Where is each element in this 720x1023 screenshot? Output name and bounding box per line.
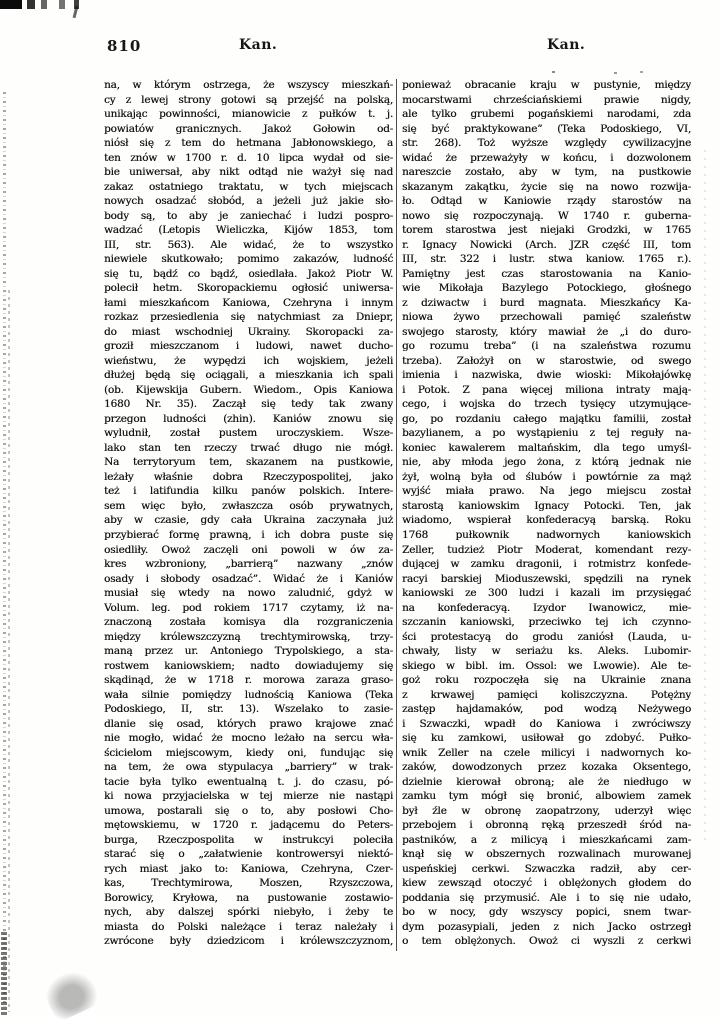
text-line: dującej w zamku dragonii, i rotmistrz ko…: [402, 557, 691, 572]
text-line: racyi barskiej Mioduszewski, spędzili na…: [402, 572, 691, 587]
running-title-right: Kan.: [547, 37, 585, 53]
page-header: 810 Kan. Kan.: [0, 37, 720, 55]
text-line: też i latifundia kilku panów polskich. I…: [104, 484, 393, 499]
text-line: i Potok. Z pana więcej miliona intraty m…: [402, 383, 691, 398]
right-text-column: ponieważ obracanie kraju w pustynie, mię…: [402, 78, 691, 949]
text-line: nareszcie zostało, aby w tym, na pustkow…: [402, 165, 691, 180]
text-line: maną przez ur. Antoniego Trypolskiego, a…: [104, 644, 393, 659]
text-line: kaniowski ze 300 ludzi i kazali im przys…: [402, 586, 691, 601]
text-line: nowych osadzać słobód, a jeżeli już jaki…: [104, 194, 393, 209]
scan-artifact-bottom-left: [39, 961, 105, 1016]
text-line: na tem, że owa stypulacya „barriery” w t…: [104, 760, 393, 775]
text-line: wieństwu, że wypędzi ich wojskiem, jeżel…: [104, 354, 393, 369]
left-text-column: na, w którym ostrzega, że wszyscy mieszk…: [104, 78, 393, 949]
text-line: ło. Odtąd w Kaniowie rządy starostów na: [402, 194, 691, 209]
text-line: między królewszczyzną trechtymirowską, t…: [104, 630, 393, 645]
text-line: zamku tym mógł się bronić, albowiem zame…: [402, 789, 691, 804]
text-line: rostwem kaniowskiem; nadto dowiadujemy s…: [104, 659, 393, 674]
text-line: się tu, bądź co bądź, osiedlała. Jakoż P…: [104, 267, 393, 282]
column-divider-rule: [396, 79, 397, 951]
text-line: koniec kawalerem maltańskim, dla tego um…: [402, 441, 691, 456]
text-line: 1768 pułkownik nadwornych kaniowskich: [402, 528, 691, 543]
text-line: musiał się wtedy na nowo zaludnić, gdyż …: [104, 586, 393, 601]
text-line: swojego starosty, który mawiał że „i do …: [402, 325, 691, 340]
text-line: żył, wolną była od ślubów i powtórnie za…: [402, 470, 691, 485]
text-line: nych, aby dalszej spórki niebyło, i żeby…: [104, 905, 393, 920]
text-line: mętowskiemu, w 1720 r. jadącemu do Peter…: [104, 818, 393, 833]
text-line: z krwawej pamięci koliszczyzna. Potężny: [402, 688, 691, 703]
text-line: umowa, postarali się o to, aby posłowi C…: [104, 804, 393, 819]
text-line: niósł się z tem do hetmana Jabłonowskieg…: [104, 136, 393, 151]
text-line: wyjść miała prawo. Na jego miejscu zosta…: [402, 484, 691, 499]
text-line: trzeba). Założył on w starostwie, od swe…: [402, 354, 691, 369]
text-line: ponieważ obracanie kraju w pustynie, mię…: [402, 78, 691, 93]
text-line: tacie była tylko ewentualną t. j. do cza…: [104, 775, 393, 790]
text-line: chwały, listy w seriażu ks. Aleks. Lubom…: [402, 644, 691, 659]
text-line: na konfederacyą. Izydor Iwanowicz, mie-: [402, 601, 691, 616]
text-line: aby w czasie, gdy cała Ukraina zaczynała…: [104, 513, 393, 528]
text-line: powiatów granicznych. Jakoż Gołowin od-: [104, 122, 393, 137]
text-line: widać że przeważyły w końcu, i dozwolone…: [402, 151, 691, 166]
text-line: przybierać formę prawną, i ich dobra pus…: [104, 528, 393, 543]
text-line: mocarstwami chrześciańskiemi prawie nigd…: [402, 93, 691, 108]
text-line: łami mieszkańcom Kaniowa, Czehryna i inn…: [104, 296, 393, 311]
text-line: się ku zamkowi, usiłował go zdobyć. Pułk…: [402, 731, 691, 746]
text-line: miasta do Polski należące i teraz należa…: [104, 920, 393, 935]
text-line: go, po rozdaniu całego majątku familii, …: [402, 412, 691, 427]
text-line: skiego w bibl. im. Ossol: we Lwowie). Al…: [402, 659, 691, 674]
text-line: skazanym zakątku, życie się na nowo rozw…: [402, 180, 691, 195]
text-line: go rozumu treba” (i na szaleństwa rozumu: [402, 339, 691, 354]
text-line: 1680 Nr. 35). Zaczął się tedy tak zwany: [104, 397, 393, 412]
text-line: bazylianem, a po wystąpieniu z tej reguł…: [402, 426, 691, 441]
text-line: goż roku rozpoczęła się na Ukrainie znan…: [402, 673, 691, 688]
text-line: burga, Rzeczpospolita w instrukcyi polec…: [104, 833, 393, 848]
text-line: kas, Trechtymirowa, Moszen, Rzyszczowa,: [104, 876, 393, 891]
text-line: kiew zewsząd otoczyć i oblężonych głodem…: [402, 876, 691, 891]
text-line: ten znów w 1700 r. d. 10 lipca wydał od …: [104, 151, 393, 166]
text-line: uspeńskiej cerkwi. Szwaczka radził, aby …: [402, 862, 691, 877]
text-line: Podoskiego, II, str. 13). Wszelako to za…: [104, 702, 393, 717]
text-line: Borowicy, Kryłowa, na pustowanie zostawi…: [104, 891, 393, 906]
text-line: o tem oblężonych. Owoż ci wyszli z cerkw…: [402, 934, 691, 949]
text-line: bo w nocy, gdy wszyscy popici, snem twar…: [402, 905, 691, 920]
text-line: skądinąd, że w 1718 r. morowa zaraza gra…: [104, 673, 393, 688]
text-line: i Szwaczki, wpadł do Kaniowa i zwróciwsz…: [402, 717, 691, 732]
text-line: lako stan ten rzeczy trwać długo nie móg…: [104, 441, 393, 456]
text-line: się być praktykowane” (Teka Podoskiego, …: [402, 122, 691, 137]
text-line: sem więc było, zwłaszcza osób prywatnych…: [104, 499, 393, 514]
text-line: leżały właśnie dobra Rzeczypospolitej, j…: [104, 470, 393, 485]
text-line: dlanie się osad, których prawo krajowe z…: [104, 717, 393, 732]
text-line: dym pozasypiali, jeden z nich Jacko ostr…: [402, 920, 691, 935]
text-line: bie uniwersał, aby nikt odtąd nie ważył …: [104, 165, 393, 180]
text-line: zakaz ostatniego traktatu, w tych miejsc…: [104, 180, 393, 195]
scanned-book-page: 810 Kan. Kan. na, w którym ostrzega, że …: [0, 0, 720, 1016]
scan-speck-dots: [552, 71, 555, 73]
text-line: zastęp hajdamaków, pod wodzą Neżywego: [402, 702, 691, 717]
text-line: poddania się przymusić. Ale i to się nie…: [402, 891, 691, 906]
text-line: wyludnił, został pustem uroczyskiem. Wsz…: [104, 426, 393, 441]
text-line: (ob. Kijewskija Gubern. Wiedom., Opis Ka…: [104, 383, 393, 398]
text-line: str. 268). Toż wyższe względy cywilizacy…: [402, 136, 691, 151]
text-line: z dziwactw i burd magnata. Mieszkańcy Ka…: [402, 296, 691, 311]
text-line: body są, to aby je zaniechać i ludzi pos…: [104, 209, 393, 224]
text-line: przegon ludności (zhin). Kaniów znowu si…: [104, 412, 393, 427]
text-line: imienia i nazwiska, dwie wioski: Mikołaj…: [402, 368, 691, 383]
text-line: ale tylko grubemi pogańskiemi narodami, …: [402, 107, 691, 122]
text-line: był źle w obronę zaopatrzony, uderzył wi…: [402, 804, 691, 819]
text-line: na, w którym ostrzega, że wszyscy mieszk…: [104, 78, 393, 93]
text-line: Pamiętny jest czas starostowania na Kani…: [402, 267, 691, 282]
text-line: Volum. leg. pod rokiem 1717 czytamy, iż …: [104, 601, 393, 616]
text-line: osady i słobody osadzać”. Widać że i Kan…: [104, 572, 393, 587]
text-line: wała silnie pomiędzy ludnością Kaniowa (…: [104, 688, 393, 703]
text-line: ści protestacyą do grodu zaniósł (Lauda,…: [402, 630, 691, 645]
text-line: zwrócone były dziedzicom i królewszczyzn…: [104, 934, 393, 949]
text-line: starostą kaniowskim Ignacy Potocki. Ten,…: [402, 499, 691, 514]
scan-artifact-top-left: [0, 0, 92, 9]
text-line: rych miast jako to: Kaniowa, Czehryna, C…: [104, 862, 393, 877]
text-line: polecił hetm. Skoropackiemu ogłosić uniw…: [104, 281, 393, 296]
scan-edge-noise-left-inner: [8, 290, 10, 1012]
text-line: kres wzbroniony, „barrierą” nazwany „znó…: [104, 557, 393, 572]
text-line: niewiele skutkowało; pomimo zakazów, lud…: [104, 252, 393, 267]
text-line: cego, i wojska do trzech tysięcy utzymuj…: [402, 397, 691, 412]
text-line: knął się w obszernych rozwalinach murowa…: [402, 847, 691, 862]
text-line: ki nowa przyjacielska w tej mierze nie n…: [104, 789, 393, 804]
text-line: unikając powinności, mianowicie z pułków…: [104, 107, 393, 122]
text-line: dłużej będą się ociągali, a mieszkania i…: [104, 368, 393, 383]
text-line: cy z lewej strony gotowi są przejść na p…: [104, 93, 393, 108]
text-line: r. Ignacy Nowicki (Arch. JZR część III, …: [402, 238, 691, 253]
text-line: III, str. 322 i lustr. stwa kaniow. 1765…: [402, 252, 691, 267]
text-line: III, str. 563). Ale widać, że to wszystk…: [104, 238, 393, 253]
text-line: niowa żywo przechowali pamięć szaleństw: [402, 310, 691, 325]
text-line: pastników, a z milicyą i mieszkańcami za…: [402, 833, 691, 848]
text-line: wie Mikołaja Bazylego Potockiego, głośne…: [402, 281, 691, 296]
text-line: ścicielom miejscowym, kiedy oni, fundują…: [104, 746, 393, 761]
text-line: nie mogło, widać że mocno leżało na serc…: [104, 731, 393, 746]
scan-edge-noise-left-bottom: [1, 932, 7, 1016]
text-line: nie, aby młoda jego żona, z którą jednak…: [402, 455, 691, 470]
text-line: szczanin kaniowski, przeciwko tej ich cz…: [402, 615, 691, 630]
text-line: rozkaz przesiedlenia się natychmiast za …: [104, 310, 393, 325]
running-title-left: Kan.: [239, 37, 277, 53]
text-line: wiadomo, wspierał konfederacyą barską. R…: [402, 513, 691, 528]
text-line: nowo się rozpoczynają. W 1740 r. guberna…: [402, 209, 691, 224]
scan-edge-noise-left: [3, 92, 6, 1010]
text-line: znaczoną została komisya dla rozgranicze…: [104, 615, 393, 630]
text-line: starać się o „załatwienie kontrowersyi n…: [104, 847, 393, 862]
text-line: Zeller, tudzież Piotr Moderat, komendant…: [402, 543, 691, 558]
text-line: do miast wschodniej Ukrainy. Skoropacki …: [104, 325, 393, 340]
scan-edge-noise-right: [704, 150, 706, 840]
text-line: wadzać (Letopis Wieliczka, Kijów 1853, t…: [104, 223, 393, 238]
text-line: wnik Zeller na czele milicyi i nadwornyc…: [402, 746, 691, 761]
text-line: groził mieszczanom i ludowi, nawet ducho…: [104, 339, 393, 354]
text-line: Na terrytoryum tem, skazanem na pustkowi…: [104, 455, 393, 470]
text-line: torem starostwa jest niejaki Grodzki, w …: [402, 223, 691, 238]
page-number: 810: [107, 37, 141, 55]
text-line: zaków, dowodzonych przez kozaka Oksenteg…: [402, 760, 691, 775]
text-line: przebojem i obronną ręką przeszedł śród …: [402, 818, 691, 833]
text-line: dzielnie kierował obroną; ale że niedług…: [402, 775, 691, 790]
text-line: osiedliły. Owoż zaczęli oni powoli w ów …: [104, 543, 393, 558]
